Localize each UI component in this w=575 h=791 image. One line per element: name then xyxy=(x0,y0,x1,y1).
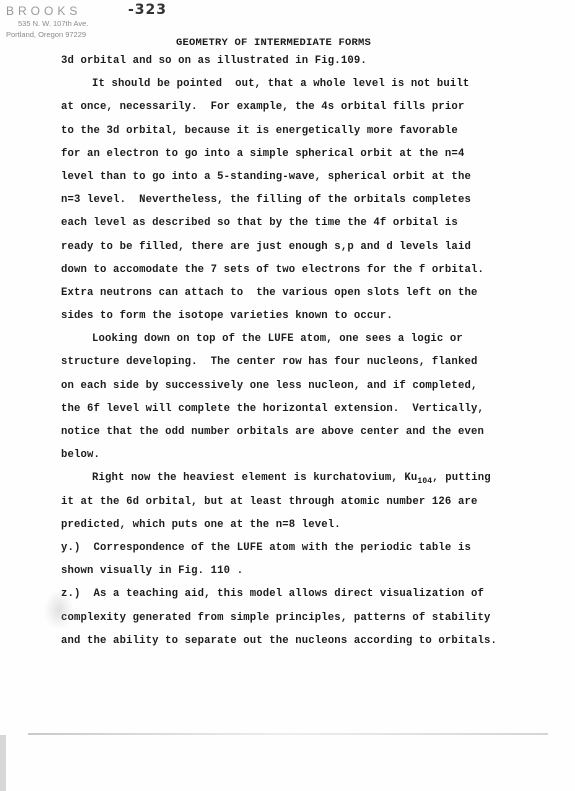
text-line: to the 3d orbital, because it is energet… xyxy=(61,120,541,143)
text-line: each level as described so that by the t… xyxy=(61,212,541,235)
text-line: complexity generated from simple princip… xyxy=(61,607,541,630)
text-line: shown visually in Fig. 110 . xyxy=(61,560,541,583)
text-line: predicted, which puts one at the n=8 lev… xyxy=(61,514,541,537)
text-line: on each side by successively one less nu… xyxy=(61,375,541,398)
text-line: for an electron to go into a simple sphe… xyxy=(61,143,541,166)
scan-smudge xyxy=(44,590,74,630)
text-line: Looking down on top of the LUFE atom, on… xyxy=(61,328,541,351)
text-line: structure developing. The center row has… xyxy=(61,351,541,374)
text-line: ready to be filled, there are just enoug… xyxy=(61,236,541,259)
stamp-address-line1: 535 N. W. 107th Ave. xyxy=(6,19,88,29)
scan-shadow xyxy=(0,735,6,791)
address-stamp: BROOKS -323 535 N. W. 107th Ave. Portlan… xyxy=(6,4,88,40)
page-bottom-edge xyxy=(28,733,548,735)
document-body: 3d orbital and so on as illustrated in F… xyxy=(61,50,541,653)
subscript-104: 104 xyxy=(417,477,432,486)
text-span: Right now the heaviest element is kurcha… xyxy=(92,472,417,484)
text-line: n=3 level. Nevertheless, the filling of … xyxy=(61,189,541,212)
text-line: sides to form the isotope varieties know… xyxy=(61,305,541,328)
kurchatovium-line: Right now the heaviest element is kurcha… xyxy=(61,467,541,490)
text-line: Extra neutrons can attach to the various… xyxy=(61,282,541,305)
text-span: , putting xyxy=(432,472,491,484)
document-title: GEOMETRY OF INTERMEDIATE FORMS xyxy=(176,37,371,49)
text-line: and the ability to separate out the nucl… xyxy=(61,630,541,653)
text-line: down to accomodate the 7 sets of two ele… xyxy=(61,259,541,282)
text-line: at once, necessarily. For example, the 4… xyxy=(61,96,541,119)
scanned-page: BROOKS -323 535 N. W. 107th Ave. Portlan… xyxy=(0,0,575,791)
text-line: level than to go into a 5-standing-wave,… xyxy=(61,166,541,189)
text-line: it at the 6d orbital, but at least throu… xyxy=(61,491,541,514)
text-line: y.) Correspondence of the LUFE atom with… xyxy=(61,537,541,560)
stamp-address-line2: Portland, Oregon 97229 xyxy=(6,30,88,40)
text-line: It should be pointed out, that a whole l… xyxy=(61,73,541,96)
text-line: below. xyxy=(61,444,541,467)
text-line: the 6f level will complete the horizonta… xyxy=(61,398,541,421)
text-line: notice that the odd number orbitals are … xyxy=(61,421,541,444)
text-line: 3d orbital and so on as illustrated in F… xyxy=(61,50,541,73)
handwritten-page-number: -323 xyxy=(128,2,167,18)
text-line: z.) As a teaching aid, this model allows… xyxy=(61,583,541,606)
stamp-name: BROOKS xyxy=(6,4,88,18)
